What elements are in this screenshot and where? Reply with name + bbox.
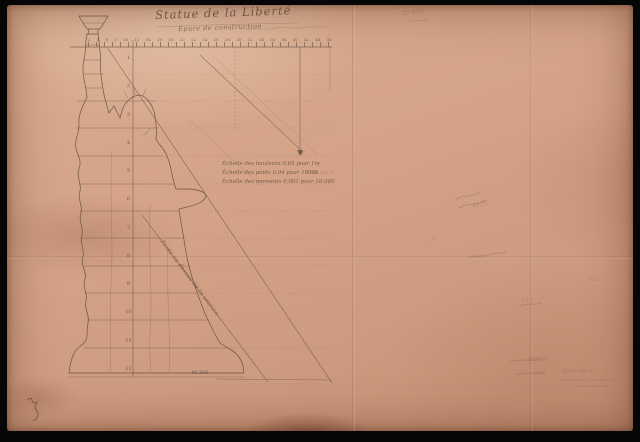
list-value: 6 <box>127 197 130 202</box>
list-value: 9 <box>127 282 130 287</box>
list-value: 4 <box>127 141 130 146</box>
list-value: 11 <box>125 339 131 344</box>
moment-diagonals <box>107 47 332 383</box>
legend-pencil-note: 0,002 par k <box>305 171 334 176</box>
list-value: 22 <box>191 38 196 42</box>
list-value: 8 <box>127 254 130 259</box>
list-value: 38 <box>281 38 286 42</box>
list-value: 2 <box>88 38 91 42</box>
ruler <box>70 45 332 48</box>
pencil-note-right-2: 2115 <box>472 254 485 260</box>
list-value: 34 <box>259 38 264 42</box>
legend-line-heights: Échelle des hauteurs 0,05 pour 1m <box>222 162 320 168</box>
list-value: 46 <box>327 38 332 42</box>
list-value: 24 <box>202 38 207 42</box>
base-measurement: 46,500 <box>191 371 209 376</box>
list-value: 6 <box>106 38 109 42</box>
list-value: 1 <box>127 56 130 61</box>
list-value: 10 <box>125 310 131 315</box>
base-lines <box>69 377 331 380</box>
list-value: 14 <box>146 38 151 42</box>
ink-paraph <box>27 398 38 420</box>
list-value: 40 <box>293 38 298 42</box>
list-value: 5 <box>127 169 130 174</box>
list-value: 3 <box>127 113 130 118</box>
list-value: 12 <box>134 38 139 42</box>
statue-torch <box>79 16 108 34</box>
statue-outline <box>69 34 244 373</box>
pencil-note-bottom-right-3: 5343 46 ½ <box>563 370 593 376</box>
list-value: 2 <box>127 84 130 89</box>
list-value: 30 <box>236 38 241 42</box>
list-value: 42 <box>304 38 309 42</box>
list-value: 36 <box>270 38 275 42</box>
list-value: 20 <box>180 38 185 42</box>
list-value: 28 <box>225 38 230 42</box>
list-value: 16 <box>157 38 162 42</box>
pencil-note-bottom-right-1: 46.500 <box>527 358 546 364</box>
statue-drapery-folds <box>110 150 169 372</box>
axis-lines <box>133 40 330 377</box>
legend-line-moments: Échelle des moments 0,001 pour 10.000 <box>222 180 335 186</box>
pencil-note-right-4: 13,5 <box>522 297 533 303</box>
section-number-column: 123456789101112 <box>124 56 133 372</box>
list-value: 32 <box>248 38 253 42</box>
list-value: 4 <box>97 38 100 42</box>
list-value: 26 <box>214 38 219 42</box>
list-value: 7 <box>127 226 130 231</box>
ruler-numbers: 2468101214161820222426283032343638404244… <box>88 38 332 42</box>
pencil-note-bottom-right-2: 13 ½ <box>533 372 546 377</box>
list-value: 12 <box>125 367 131 372</box>
list-value: 10 <box>123 38 128 42</box>
list-value: 18 <box>168 38 173 42</box>
pencil-note-right-3: 425 <box>590 278 600 283</box>
photo-background: Statue de la Liberté Épure de constructi… <box>0 0 640 442</box>
list-value: 8 <box>114 38 117 42</box>
list-value: 44 <box>315 38 320 42</box>
